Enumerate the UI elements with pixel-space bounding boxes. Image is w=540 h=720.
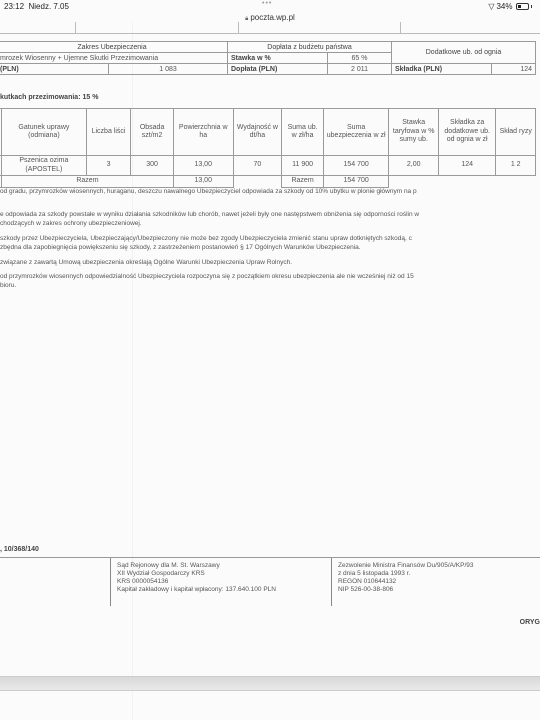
battery-icon — [516, 3, 529, 10]
premium-value: 1 083 — [109, 64, 228, 75]
col-header: Składka za dodatkowe ub. od ognia w zł — [438, 109, 495, 156]
cell: 11 900 — [282, 156, 324, 176]
cell: 2,00 — [389, 156, 439, 176]
zakres-value: mrozek Wiosenny + Ujemne Skutki Przezimo… — [0, 53, 228, 64]
section-subtitle: kutkach przezimowania: 15 % — [0, 94, 98, 101]
col-header: Skład ryzy — [496, 109, 536, 156]
premium-label: (PLN) — [0, 64, 109, 75]
url-text: poczta.wp.pl — [250, 13, 294, 22]
total-label: Razem — [2, 176, 174, 188]
company-footer: Sąd Rejonowy dla M. St. Warszawy XII Wyd… — [0, 557, 540, 605]
paragraph: szkody przez Ubezpieczyciela, Ubezpiecza… — [0, 234, 412, 243]
battery-percent: 34% — [496, 2, 512, 11]
col-header: Obsada szt/m2 — [131, 109, 174, 156]
battery-tip — [531, 5, 533, 8]
col-header: Stawka taryfowa w % sumy ub. — [389, 109, 439, 156]
cell: 1 2 — [496, 156, 536, 176]
paragraph: od przymrozków wiosennych odpowiedzialno… — [0, 272, 414, 281]
fire-header: Dodatkowe ub. od ognia — [392, 42, 536, 64]
stawka-label: Stawka w % — [228, 53, 328, 64]
browser-menu-dots[interactable]: ••• — [262, 0, 272, 7]
total-label-2: Razem — [282, 176, 324, 188]
table-row: Pszenica ozima (APOSTEL) 3 300 13,00 70 … — [0, 156, 536, 176]
paragraph: od gradu, przymrozków wiosennych, huraga… — [0, 187, 417, 196]
status-bar: 23:12 Niedz. 7.05 ••• ▽ 34% — [0, 0, 540, 14]
doplata-value: 2 011 — [328, 64, 392, 75]
cell: Pszenica ozima (APOSTEL) — [2, 156, 87, 176]
zakres-header: Zakres Ubezpieczenia — [0, 42, 228, 53]
cell: 300 — [131, 156, 174, 176]
cell: 13,00 — [173, 156, 233, 176]
coverage-table: Zakres Ubezpieczenia Dopłata z budżetu p… — [0, 41, 536, 75]
status-indicators: ▽ 34% — [488, 2, 532, 11]
crop-table: Gatunek uprawy (odmiana) Liczba liści Ob… — [0, 108, 536, 188]
doplata-label: Dopłata (PLN) — [228, 64, 328, 75]
total-sum: 154 700 — [323, 176, 389, 188]
fire-premium-value: 124 — [492, 64, 536, 75]
stawka-value: 65 % — [328, 53, 392, 64]
paragraph: bioru. — [0, 281, 16, 290]
col-header: Suma ubezpieczenia w zł — [323, 109, 389, 156]
total-area: 13,00 — [173, 176, 233, 188]
col-header: Powierzchnia w ha — [173, 109, 233, 156]
cropped-table-strip — [0, 22, 540, 34]
cell: 3 — [86, 156, 130, 176]
permit-info: Zezwolenie Ministra Finansów Du/905/A/KP… — [331, 558, 531, 606]
col-header: Gatunek uprawy (odmiana) — [2, 109, 87, 156]
court-info: Sąd Rejonowy dla M. St. Warszawy XII Wyd… — [110, 558, 330, 606]
wifi-icon: ▽ — [488, 2, 494, 11]
cell: 70 — [233, 156, 282, 176]
cell: 154 700 — [323, 156, 389, 176]
reference-number: , 10/368/140 — [0, 546, 39, 553]
total-row: Razem 13,00 Razem 154 700 — [0, 176, 536, 188]
paragraph: zbędna dla zapobiegnięcia powiększeniu s… — [0, 243, 361, 252]
paragraph: związane z zawartą Umową ubezpieczenia o… — [0, 258, 292, 267]
original-stamp: ORYG — [520, 619, 540, 626]
document-page: Zakres Ubezpieczenia Dopłata z budżetu p… — [0, 22, 540, 632]
col-header: Suma ub. w zł/ha — [282, 109, 324, 156]
paragraph: chodzących w zakres ochrony ubezpieczeni… — [0, 219, 142, 228]
col-header: Wydajność w dt/ha — [233, 109, 282, 156]
cell: 124 — [438, 156, 495, 176]
paragraph: e odpowiada za szkody powstałe w wyniku … — [0, 210, 419, 219]
col-header: Liczba liści — [86, 109, 130, 156]
doplata-header: Dopłata z budżetu państwa — [228, 42, 392, 53]
fire-premium-label: Składka (PLN) — [392, 64, 492, 75]
page-separator — [0, 676, 540, 691]
status-time: 23:12 Niedz. 7.05 — [4, 2, 69, 11]
